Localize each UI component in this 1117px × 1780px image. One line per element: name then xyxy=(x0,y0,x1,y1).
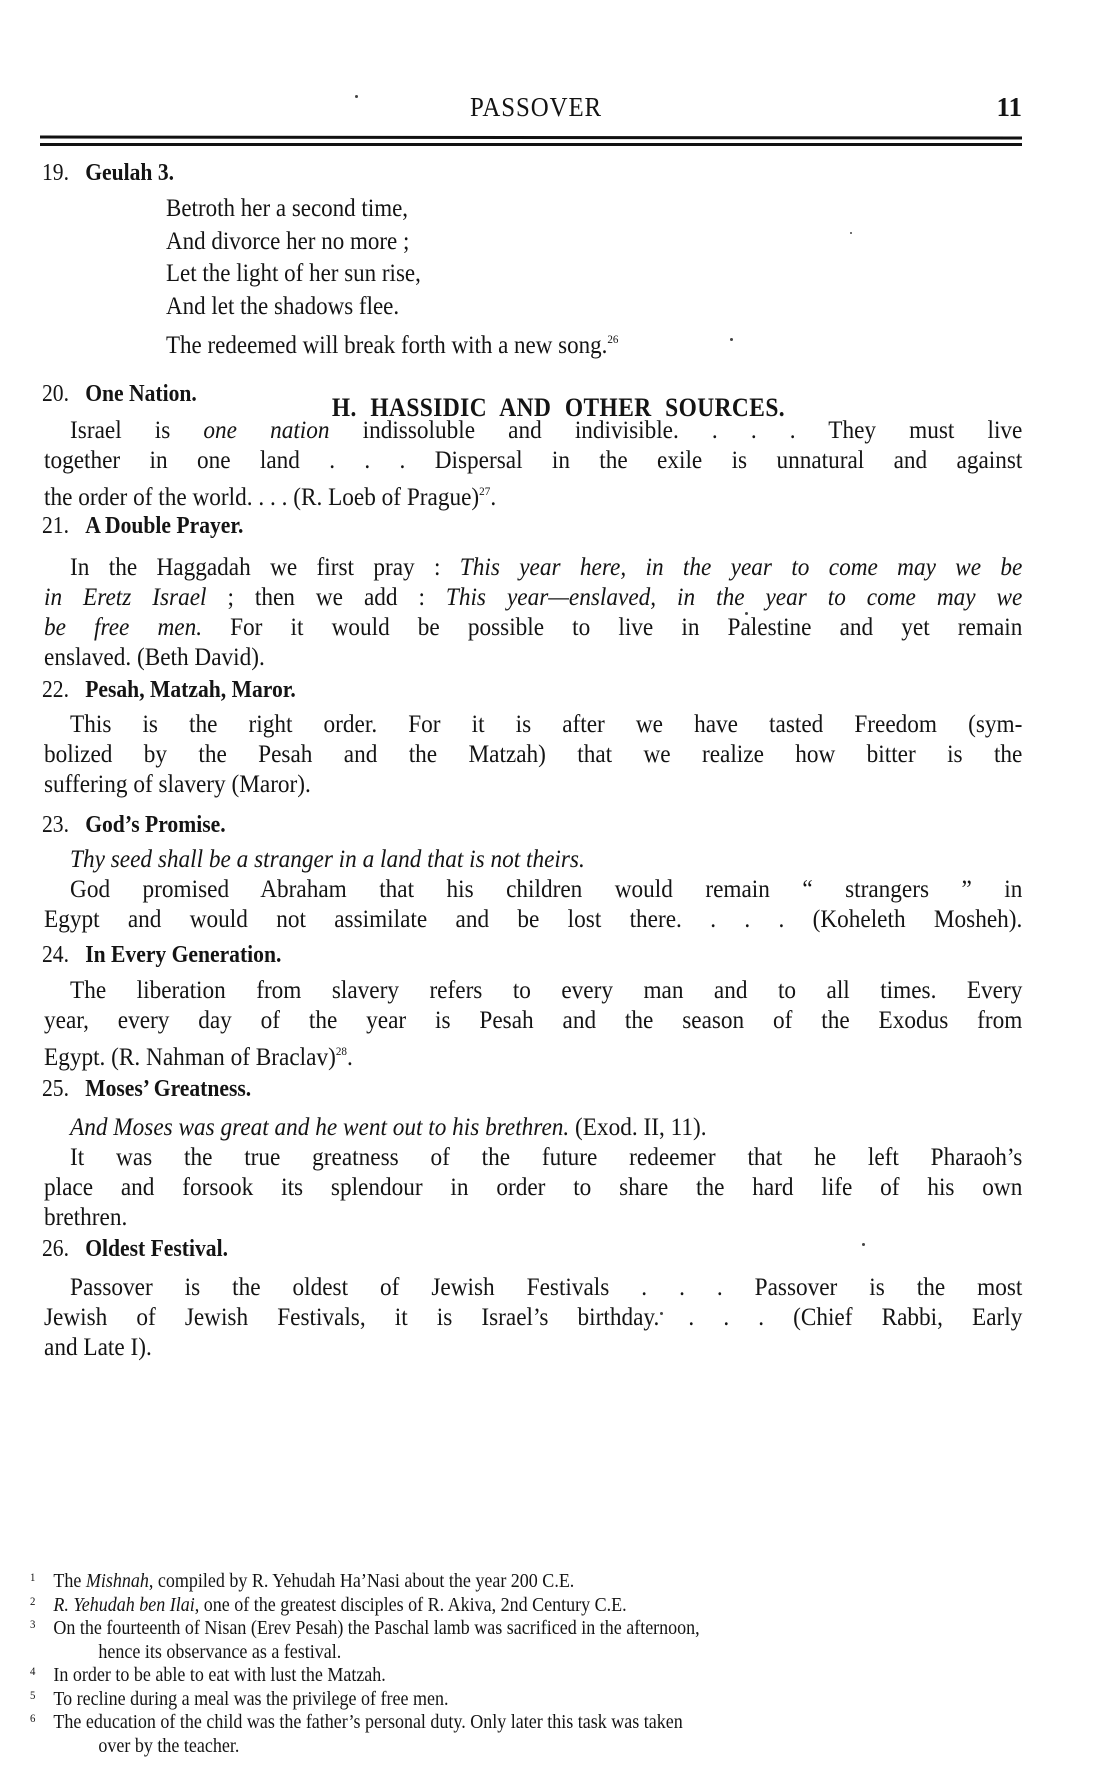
text-line: enslaved. (Beth David). xyxy=(44,643,1022,673)
text-line: in Eretz Israel ; then we add : This yea… xyxy=(44,583,1022,613)
scan-speck xyxy=(660,1312,663,1315)
text-line: Passover is the oldest of Jewish Festiva… xyxy=(44,1273,1022,1303)
entry-22-text: This is the right order. For it is after… xyxy=(44,710,1022,800)
footnotes: 1The Mishnah, compiled by R. Yehudah Ha’… xyxy=(30,1570,1011,1758)
entry-number: 23. xyxy=(42,812,69,838)
entry-21-text: In the Haggadah we first pray : This yea… xyxy=(44,553,1022,673)
entry-title: God’s Promise. xyxy=(85,812,225,838)
running-title: PASSOVER xyxy=(89,92,983,123)
text-line: It was the true greatness of the future … xyxy=(44,1143,1022,1173)
entry-25-text: And Moses was great and he went out to h… xyxy=(44,1113,1022,1233)
entry-number: 26. xyxy=(42,1236,69,1262)
entry-23-heading: 23.God’s Promise. xyxy=(42,812,226,839)
text-line: and Late I). xyxy=(44,1333,1022,1363)
text-line: be free men. For it would be possible to… xyxy=(44,613,1022,643)
text-line: The liberation from slavery refers to ev… xyxy=(44,976,1022,1006)
footnote-mark: 2 xyxy=(30,1590,35,1614)
entry-title: One Nation. xyxy=(85,381,197,407)
entry-title: Oldest Festival. xyxy=(85,1236,228,1262)
footnote-continuation: over by the teacher. xyxy=(53,1735,1011,1759)
entry-number: 19. xyxy=(42,160,69,186)
footnote-mark: 5 xyxy=(30,1684,35,1708)
entry-19-poem: Betroth her a second time, And divorce h… xyxy=(166,193,618,356)
scan-speck xyxy=(355,95,358,98)
footnote-mark: 4 xyxy=(30,1660,35,1684)
footnote-continuation: hence its observance as a festival. xyxy=(53,1641,1011,1665)
entry-title: A Double Prayer. xyxy=(85,513,243,539)
entry-24-heading: 24.In Every Generation. xyxy=(42,942,281,969)
text-line: Egypt. (R. Nahman of Braclav)28. xyxy=(44,1036,1022,1066)
entry-21-heading: 21.A Double Prayer. xyxy=(42,513,243,540)
text-line: suffering of slavery (Maror). xyxy=(44,770,1022,800)
entry-number: 21. xyxy=(42,513,69,539)
entry-24-text: The liberation from slavery refers to ev… xyxy=(44,976,1022,1066)
footnote-mark: 3 xyxy=(30,1613,35,1637)
poem-line: And divorce her no more ; xyxy=(166,226,618,259)
entry-26-heading: 26.Oldest Festival. xyxy=(42,1236,228,1263)
footnote: 5To recline during a meal was the privil… xyxy=(30,1688,1011,1712)
scan-speck xyxy=(850,232,852,234)
entry-title: Moses’ Greatness. xyxy=(85,1076,251,1102)
scan-speck xyxy=(730,338,733,341)
text-line: the order of the world. . . . (R. Loeb o… xyxy=(44,476,1022,506)
running-head: PASSOVER 11 xyxy=(50,92,1022,128)
text-line: In the Haggadah we first pray : This yea… xyxy=(44,553,1022,583)
entry-23-text: Thy seed shall be a stranger in a land t… xyxy=(44,845,1022,935)
text-line: together in one land . . . Dispersal in … xyxy=(44,446,1022,476)
text-line: Jewish of Jewish Festivals, it is Israel… xyxy=(44,1303,1022,1333)
footnote: 3On the fourteenth of Nisan (Erev Pesah)… xyxy=(30,1617,1011,1664)
text-line: Egypt and would not assimilate and be lo… xyxy=(44,905,1022,935)
text-line: God promised Abraham that his children w… xyxy=(44,875,1022,905)
entry-number: 24. xyxy=(42,942,69,968)
entry-title: Geulah 3. xyxy=(85,160,174,186)
entry-title: Pesah, Matzah, Maror. xyxy=(85,677,296,703)
page-number: 11 xyxy=(996,92,1022,123)
text-line: This is the right order. For it is after… xyxy=(44,710,1022,740)
entry-number: 22. xyxy=(42,677,69,703)
footnote: 6The education of the child was the fath… xyxy=(30,1711,1011,1758)
text-line: year, every day of the year is Pesah and… xyxy=(44,1006,1022,1036)
poem-line: Betroth her a second time, xyxy=(166,193,618,226)
scan-speck xyxy=(745,612,748,615)
text-line: bolized by the Pesah and the Matzah) tha… xyxy=(44,740,1022,770)
footnote: 2R. Yehudah ben Ilai, one of the greates… xyxy=(30,1594,1011,1618)
text-line: brethren. xyxy=(44,1203,1022,1233)
entry-19-heading: 19.Geulah 3. xyxy=(42,160,174,187)
footnote-ref: 26 xyxy=(607,332,618,346)
poem-line: And let the shadows flee. xyxy=(166,291,618,324)
footnote-mark: 1 xyxy=(30,1566,35,1590)
book-page: PASSOVER 11 19.Geulah 3. Betroth her a s… xyxy=(0,0,1117,1780)
text-line: place and forsook its splendour in order… xyxy=(44,1173,1022,1203)
scan-speck xyxy=(862,1243,865,1246)
entry-number: 20. xyxy=(42,381,69,407)
footnote-ref: 28 xyxy=(336,1044,347,1058)
entry-20-text: Israel is one nation indissoluble and in… xyxy=(44,416,1022,506)
entry-26-text: Passover is the oldest of Jewish Festiva… xyxy=(44,1273,1022,1363)
poem-line: Let the light of her sun rise, xyxy=(166,258,618,291)
header-rule-bottom xyxy=(40,143,1022,146)
entry-25-heading: 25.Moses’ Greatness. xyxy=(42,1076,251,1103)
entry-20-heading: 20.One Nation. xyxy=(42,381,197,408)
footnote: 4In order to be able to eat with lust th… xyxy=(30,1664,1011,1688)
poem-line: The redeemed will break forth with a new… xyxy=(166,323,618,356)
text-line: And Moses was great and he went out to h… xyxy=(44,1113,1022,1143)
text-line: Israel is one nation indissoluble and in… xyxy=(44,416,1022,446)
text-line: Thy seed shall be a stranger in a land t… xyxy=(44,845,1022,875)
entry-number: 25. xyxy=(42,1076,69,1102)
entry-22-heading: 22.Pesah, Matzah, Maror. xyxy=(42,677,296,704)
entry-title: In Every Generation. xyxy=(85,942,281,968)
header-rule-top xyxy=(40,135,1022,139)
footnote-mark: 6 xyxy=(30,1707,35,1731)
footnote: 1The Mishnah, compiled by R. Yehudah Ha’… xyxy=(30,1570,1011,1594)
footnote-ref: 27 xyxy=(479,484,490,498)
